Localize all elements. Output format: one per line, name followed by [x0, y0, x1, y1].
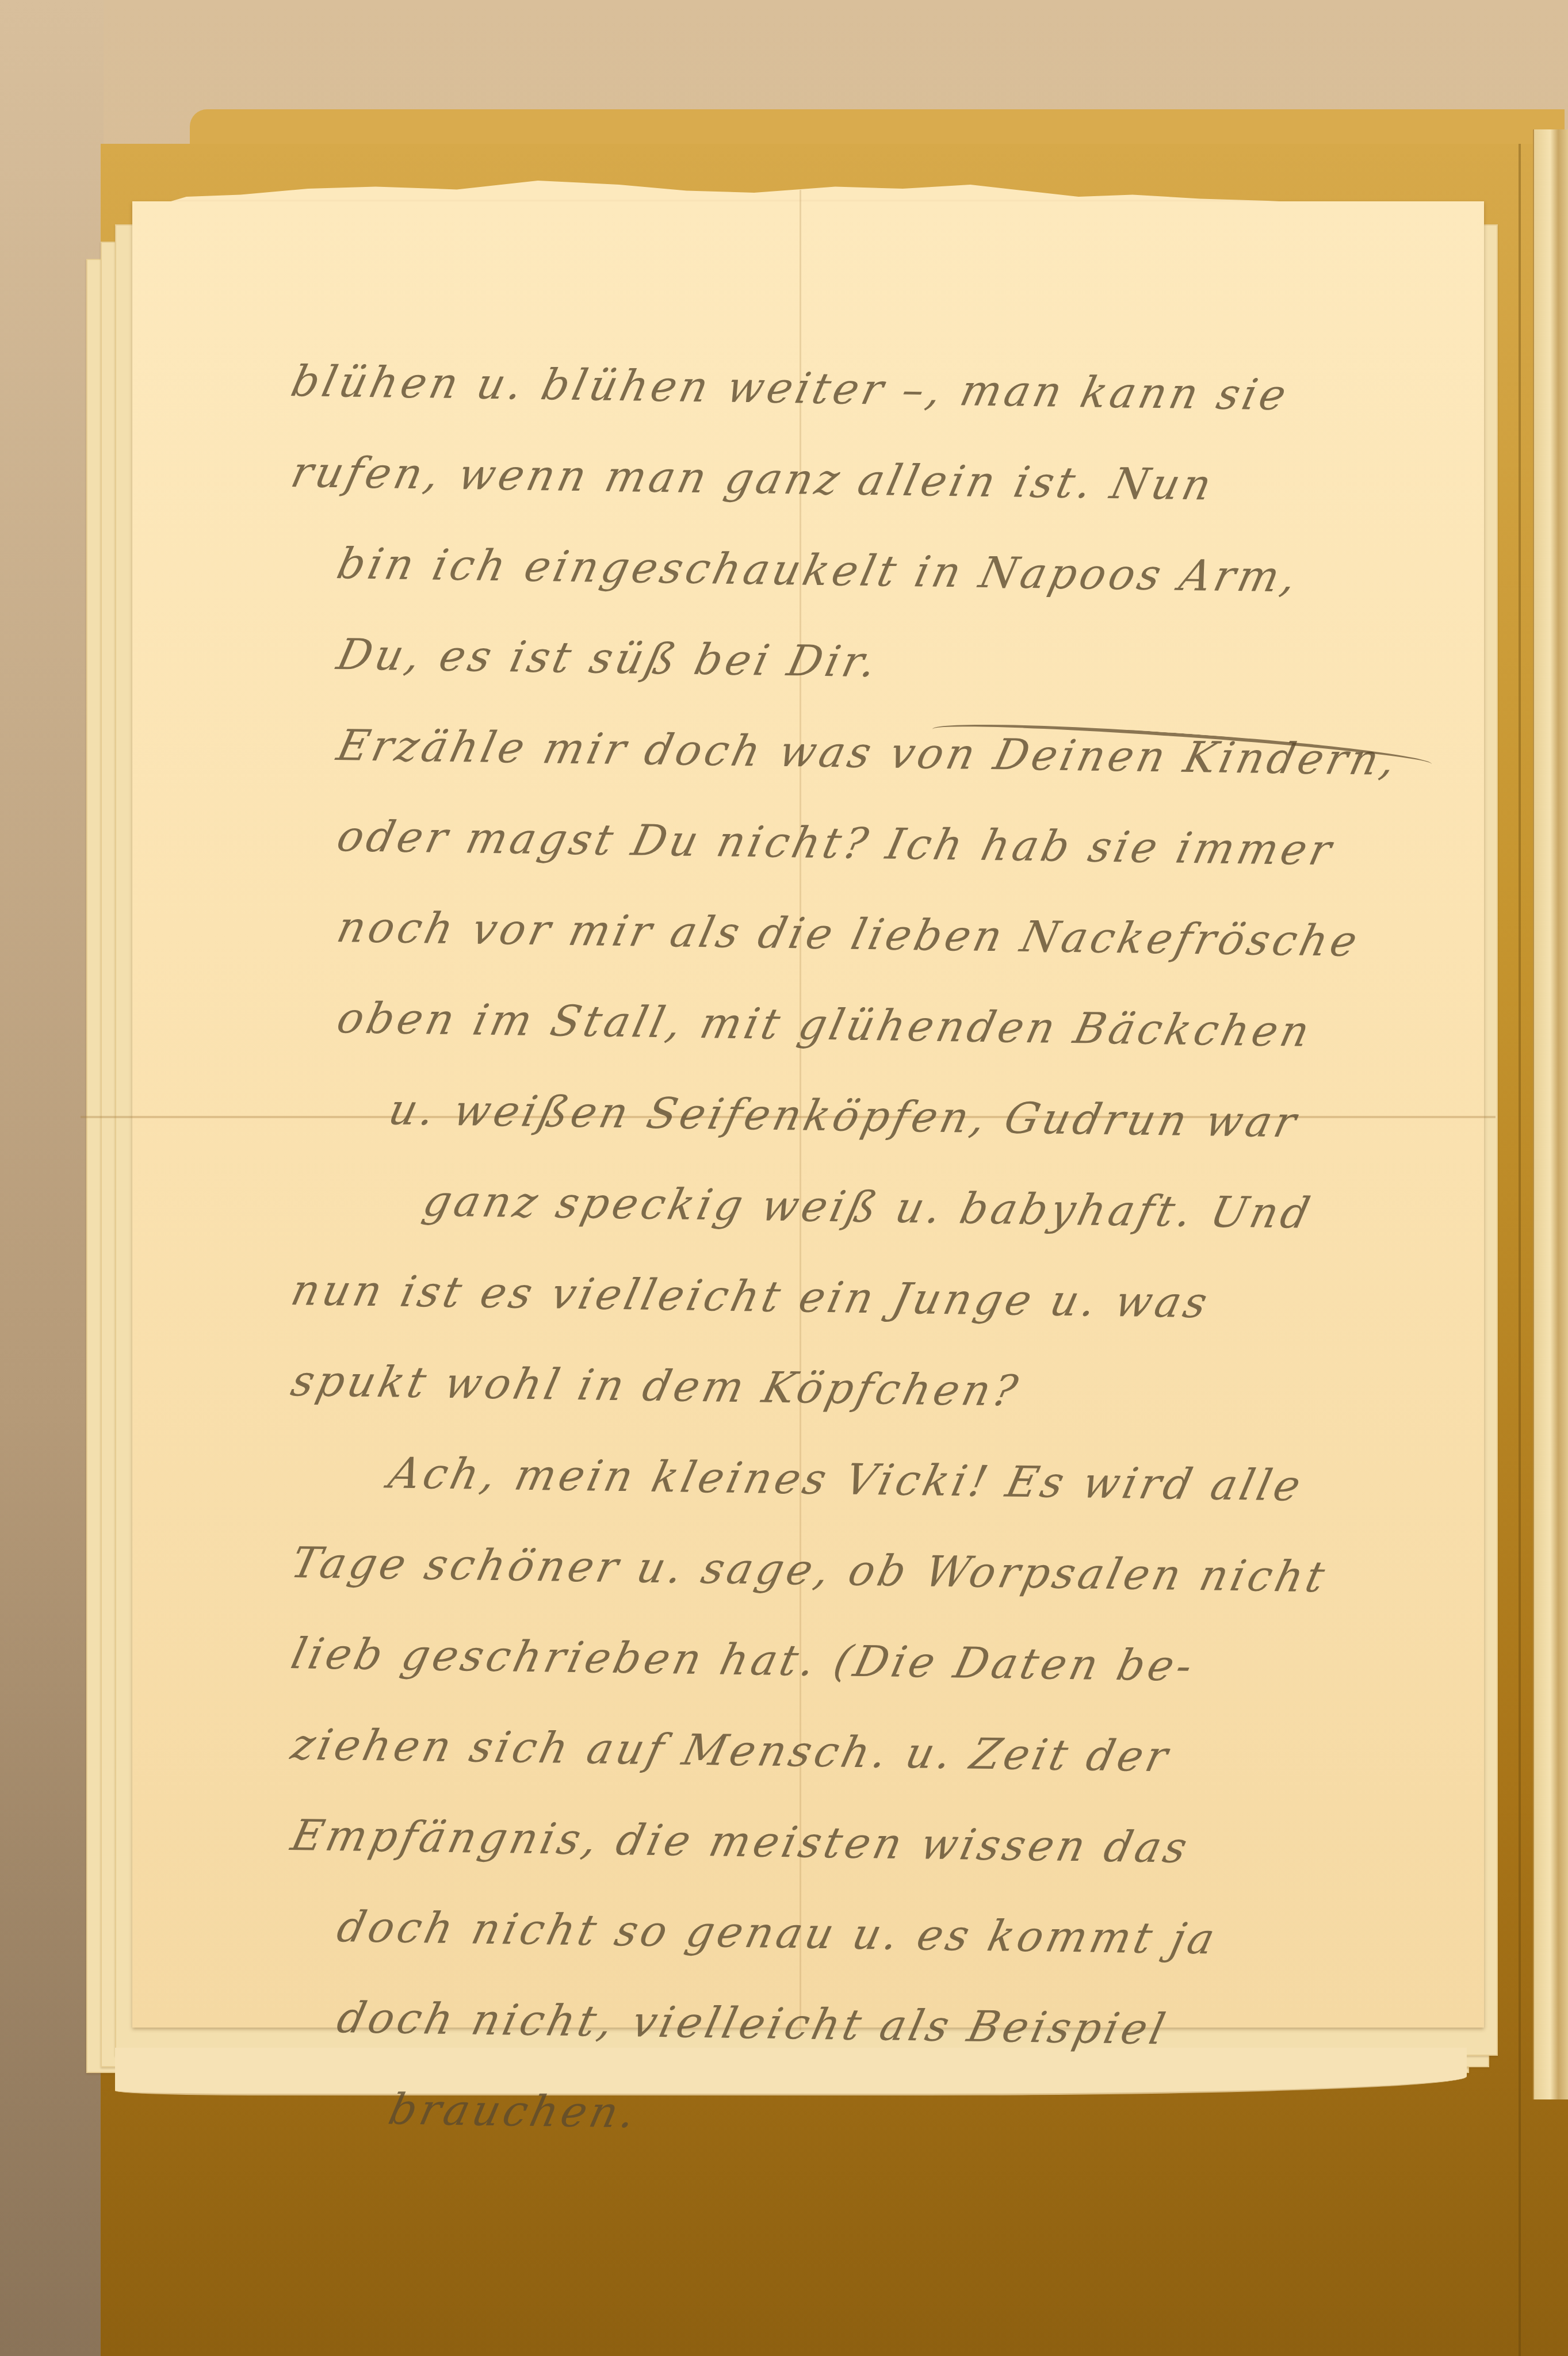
- text-line: rufen, wenn man ganz allein ist. Nun: [277, 448, 1474, 555]
- handwritten-text: blühen u. blühen weiter –, man kann sie …: [288, 357, 1467, 2174]
- text-line: noch vor mir als die lieben Nackefrösche: [277, 902, 1474, 1009]
- text-line: Erzähle mir doch was von Deinen Kindern,: [277, 720, 1474, 828]
- text-line: u. weißen Seifenköpfen, Gudrun war: [277, 1084, 1474, 1191]
- folder-spine: [1519, 144, 1521, 2356]
- text-line: spukt wohl in dem Köpfchen?: [277, 1356, 1474, 1464]
- text-line: bin ich eingeschaukelt in Napoos Arm,: [277, 538, 1474, 646]
- text-line: Tage schöner u. sage, ob Worpsalen nicht: [277, 1538, 1474, 1646]
- text-line: lieb geschrieben hat. (Die Daten be-: [277, 1629, 1474, 1737]
- text-line: oben im Stall, mit glühenden Bäckchen: [277, 993, 1474, 1100]
- text-line: nun ist es vielleicht ein Junge u. was: [277, 1265, 1474, 1373]
- text-line: doch nicht, vielleicht als Beispiel: [277, 1992, 1474, 2100]
- text-line: oder magst Du nicht? Ich hab sie immer: [277, 811, 1474, 919]
- text-line: doch nicht so genau u. es kommt ja: [277, 1902, 1474, 2009]
- text-line: blühen u. blühen weiter –, man kann sie: [277, 357, 1474, 464]
- text-line: Ach, mein kleines Vicki! Es wird alle: [277, 1447, 1474, 1555]
- text-line: ganz speckig weiß u. babyhaft. Und: [277, 1175, 1474, 1282]
- text-line: brauchen.: [277, 2083, 1474, 2191]
- adjacent-paper-stack: [1533, 129, 1568, 2099]
- text-line: ziehen sich auf Mensch. u. Zeit der: [277, 1720, 1474, 1827]
- text-line: Empfängnis, die meisten wissen das: [277, 1811, 1474, 1918]
- text-line: Du, es ist süß bei Dir.: [277, 629, 1474, 737]
